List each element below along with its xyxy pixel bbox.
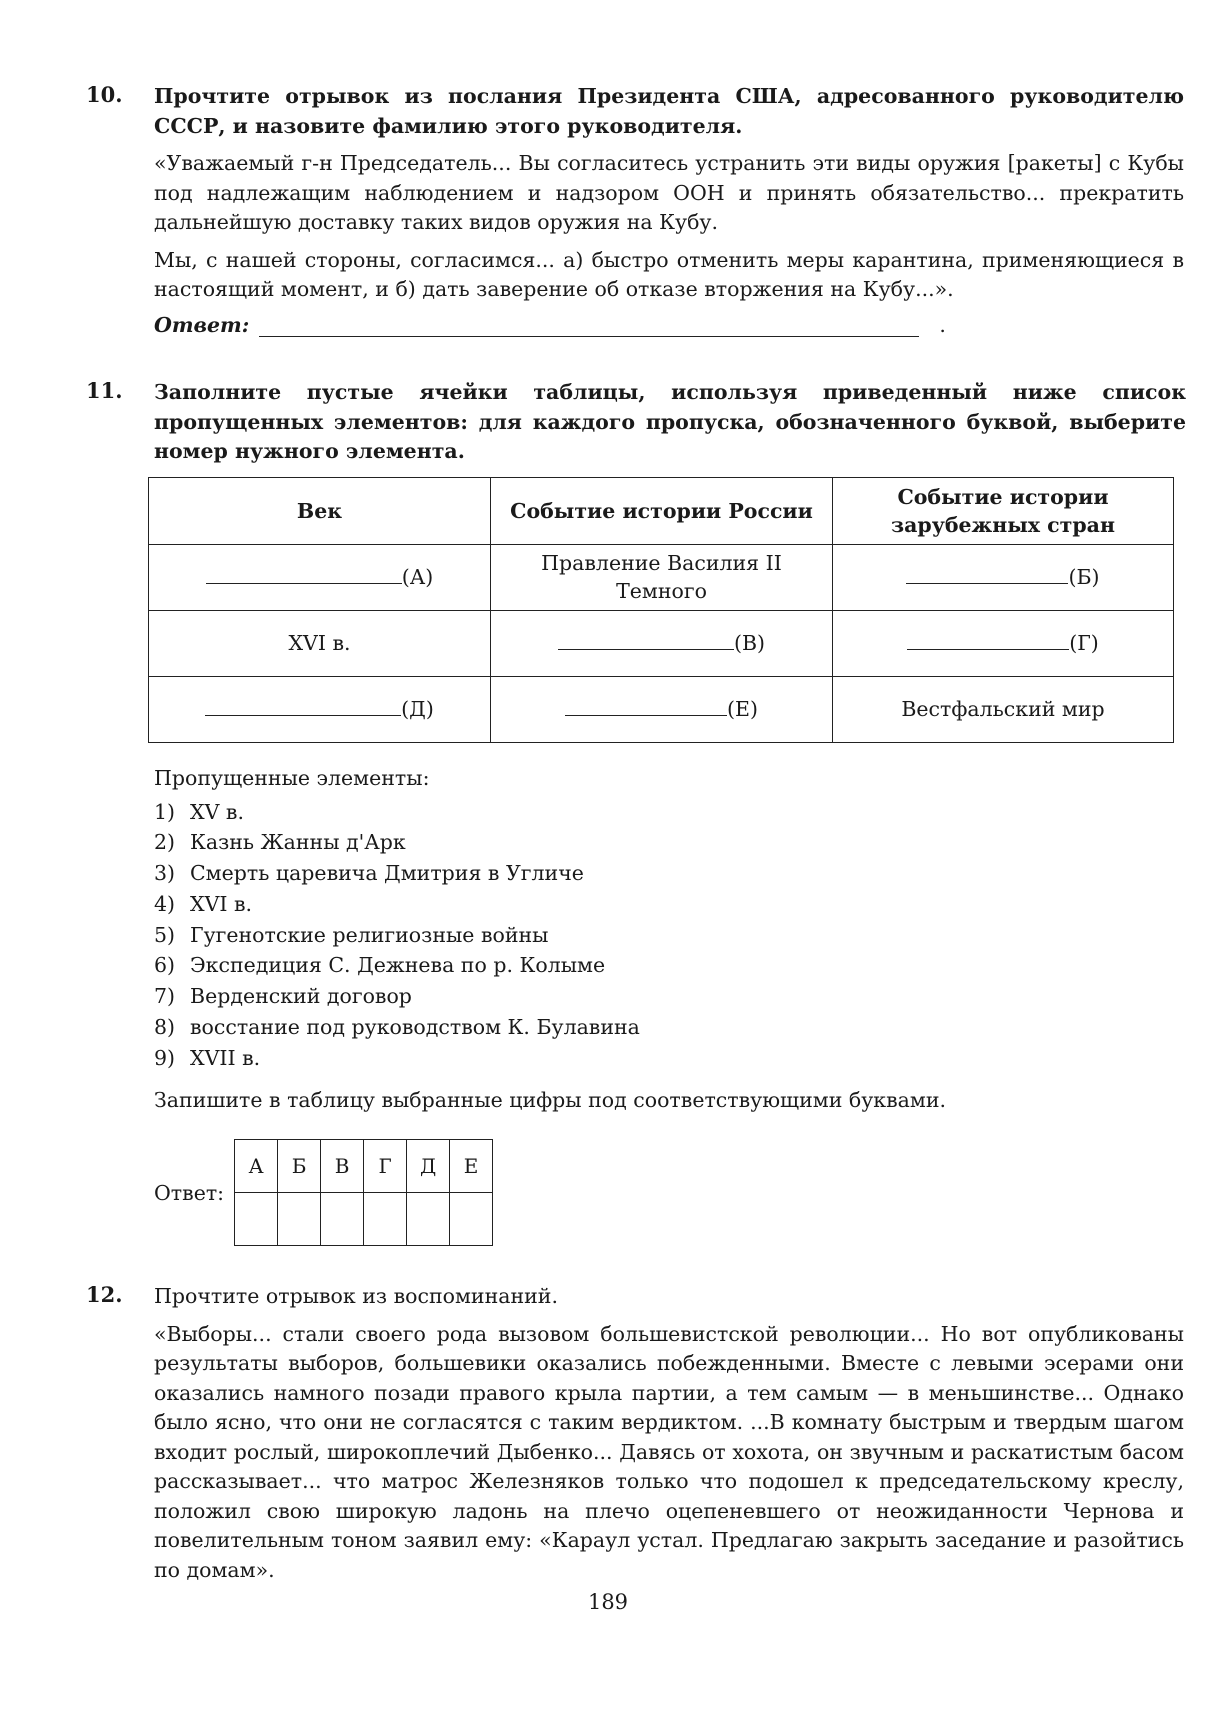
header-foreign: Событие истории зарубежных стран <box>833 477 1174 544</box>
answer-letter: В <box>321 1140 364 1193</box>
quote-paragraph: Мы, с нашей стороны, согласимся... а) бы… <box>154 246 1184 305</box>
answer-letter: Д <box>407 1140 450 1193</box>
task-prompt: Прочтите отрывок из послания Президента … <box>154 82 1184 141</box>
table-cell-blank[interactable]: (Е) <box>491 676 833 742</box>
table-cell: Вестфальский мир <box>833 676 1174 742</box>
instruction: Запишите в таблицу выбранные цифры под с… <box>154 1086 1186 1116</box>
answer-letter: Б <box>278 1140 321 1193</box>
header-russia: Событие истории России <box>491 477 833 544</box>
table-cell-blank[interactable]: (Г) <box>833 610 1174 676</box>
answer-label: Ответ: <box>154 1181 224 1205</box>
table-cell-blank[interactable]: (Б) <box>833 544 1174 610</box>
history-table: Век Событие истории России Событие истор… <box>148 477 1174 743</box>
answer-cell[interactable] <box>407 1193 450 1246</box>
table-cell: XVI в. <box>149 610 491 676</box>
list-item: 7)Верденский договор <box>154 981 1186 1012</box>
quote-paragraph: «Выборы... стали своего рода вызовом бол… <box>154 1320 1184 1586</box>
missing-elements-list: 1)XV в. 2)Казнь Жанны д'Арк 3)Смерть цар… <box>154 797 1186 1074</box>
missing-title: Пропущенные элементы: <box>154 763 1186 793</box>
answer-letter: А <box>235 1140 278 1193</box>
answer-label: Ответ: <box>154 313 249 337</box>
table-row: XVI в. (В) (Г) <box>149 610 1174 676</box>
task-number: 12. <box>86 1282 123 1307</box>
header-century: Век <box>149 477 491 544</box>
answer-field[interactable] <box>259 314 919 337</box>
quote-paragraph: «Уважаемый г-н Председатель... Вы соглас… <box>154 149 1184 238</box>
task-prompt: Прочтите отрывок из воспоминаний. <box>154 1282 1184 1312</box>
table-row: (А) Правление Василия II Темного (Б) <box>149 544 1174 610</box>
list-item: 3)Смерть царевича Дмитрия в Угличе <box>154 858 1186 889</box>
answer-end: . <box>939 313 946 337</box>
table-row: (Д) (Е) Вестфальский мир <box>149 676 1174 742</box>
answer-cell[interactable] <box>278 1193 321 1246</box>
list-item: 1)XV в. <box>154 797 1186 828</box>
table-cell-blank[interactable]: (Д) <box>149 676 491 742</box>
task-number: 11. <box>86 378 123 403</box>
list-item: 2)Казнь Жанны д'Арк <box>154 827 1186 858</box>
task-number: 10. <box>86 82 123 107</box>
answer-cell[interactable] <box>321 1193 364 1246</box>
list-item: 6)Экспедиция С. Дежнева по р. Колыме <box>154 950 1186 981</box>
answer-cell[interactable] <box>450 1193 493 1246</box>
list-item: 4)XVI в. <box>154 889 1186 920</box>
table-header-row: Век Событие истории России Событие истор… <box>149 477 1174 544</box>
answer-grid-row: Ответ: А Б В Г Д Е <box>154 1139 1186 1246</box>
task-prompt: Заполните пустые ячейки таблицы, использ… <box>154 378 1186 467</box>
answer-cell[interactable] <box>364 1193 407 1246</box>
list-item: 5)Гугенотские религиозные войны <box>154 920 1186 951</box>
list-item: 8)восстание под руководством К. Булавина <box>154 1012 1186 1043</box>
answer-letter: Е <box>450 1140 493 1193</box>
answer-letter: Г <box>364 1140 407 1193</box>
table-cell: Правление Василия II Темного <box>491 544 833 610</box>
list-item: 9)XVII в. <box>154 1043 1186 1074</box>
answer-row: Ответ: . <box>154 313 1184 337</box>
answer-cell[interactable] <box>235 1193 278 1246</box>
answer-grid: А Б В Г Д Е <box>234 1139 493 1246</box>
table-cell-blank[interactable]: (В) <box>491 610 833 676</box>
table-cell-blank[interactable]: (А) <box>149 544 491 610</box>
page-number: 189 <box>0 1590 1216 1614</box>
